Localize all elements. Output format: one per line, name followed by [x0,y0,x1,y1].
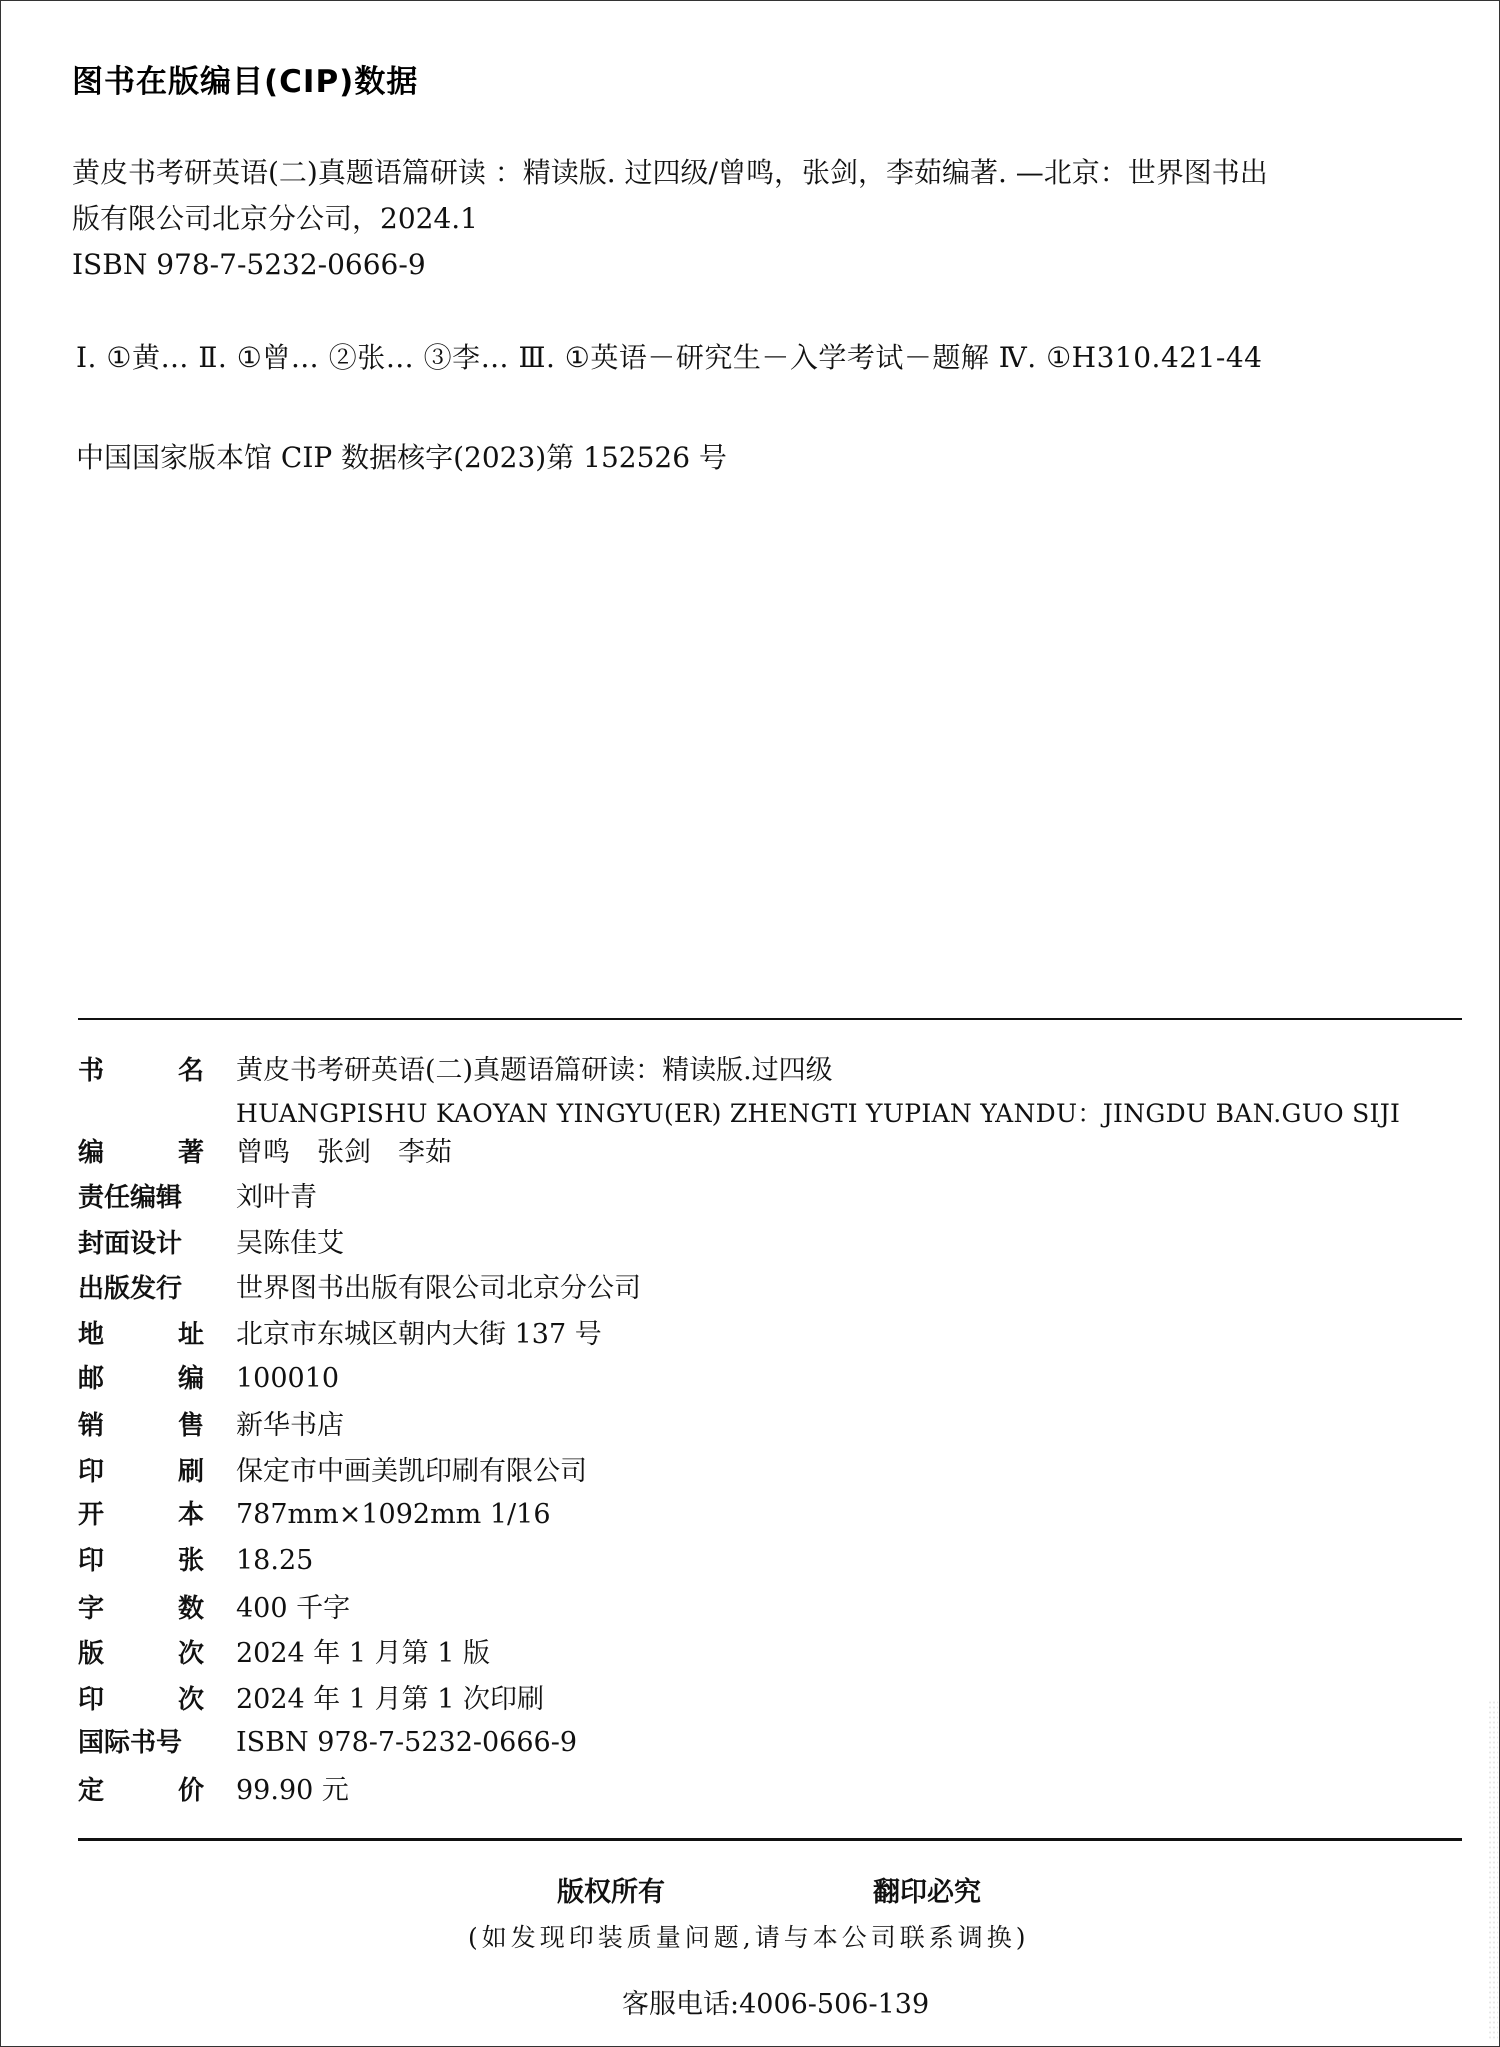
info-label-text: 数 [178,1588,204,1625]
info-row: 定价99.90 元 [78,1768,1478,1814]
info-row: 字数400 千字 [78,1586,1478,1632]
info-label-text: 地 [78,1314,104,1351]
info-row: 编著曾鸣 张剑 李茹 [78,1130,1478,1176]
info-label-text: 书 [78,1050,104,1087]
info-label-text: 址 [178,1314,204,1351]
publication-info-table: 书名黄皮书考研英语(二)真题语篇研读：精读版.过四级HUANGPISHU KAO… [78,1048,1478,1814]
info-label-text: 张 [178,1540,204,1577]
info-label-text: 本 [178,1494,204,1531]
info-label: 国际书号 [78,1722,204,1759]
info-value: ISBN 978-7-5232-0666-9 [236,1727,577,1758]
info-label-text: 次 [178,1633,204,1670]
info-value: 2024 年 1 月第 1 次印刷 [236,1677,544,1716]
info-value: 400 千字 [236,1586,350,1625]
info-label-text: 开 [78,1494,104,1531]
info-label-text: 封面设计 [78,1223,182,1260]
info-label-text: 印 [78,1451,104,1488]
info-value: 保定市中画美凯印刷有限公司 [236,1449,587,1488]
info-label-text: 价 [178,1770,204,1807]
info-label: 开本 [78,1494,204,1531]
info-label-text: 出版发行 [78,1268,182,1305]
info-label: 封面设计 [78,1223,204,1260]
piracy-warning: 翻印必究 [873,1870,981,1909]
info-label-text: 国际书号 [78,1722,182,1759]
info-label: 印次 [78,1679,204,1716]
info-label: 邮编 [78,1358,204,1395]
scan-edge-noise [1488,1700,1498,2040]
info-row: 邮编100010 [78,1358,1478,1404]
info-value: 2024 年 1 月第 1 版 [236,1631,490,1670]
info-row: 印刷保定市中画美凯印刷有限公司 [78,1449,1478,1495]
info-label: 地址 [78,1314,204,1351]
info-label-text: 名 [178,1050,204,1087]
info-label-text: 邮 [78,1358,104,1395]
info-row: 国际书号ISBN 978-7-5232-0666-9 [78,1722,1478,1768]
info-row: 印次2024 年 1 月第 1 次印刷 [78,1677,1478,1723]
info-label: 出版发行 [78,1268,204,1305]
cip-line-isbn: ISBN 978-7-5232-0666-9 [72,242,1462,288]
info-row: 书名黄皮书考研英语(二)真题语篇研读：精读版.过四级 [78,1048,1478,1094]
info-label-text: 版 [78,1633,104,1670]
info-value: 刘叶青 [236,1175,317,1214]
info-label: 销售 [78,1405,204,1442]
info-row: 封面设计吴陈佳艾 [78,1221,1478,1267]
info-value: 黄皮书考研英语(二)真题语篇研读：精读版.过四级 [236,1048,833,1087]
info-label: 印张 [78,1540,204,1577]
info-label-text: 著 [178,1132,204,1169]
info-label-text: 销 [78,1405,104,1442]
cip-record: 黄皮书考研英语(二)真题语篇研读 ：精读版. 过四级/曾鸣，张剑，李茹编著. —… [72,150,1462,288]
divider-top [78,1018,1462,1020]
divider-bottom [78,1838,1462,1841]
info-label: 字数 [78,1588,204,1625]
info-row: 开本787mm×1092mm 1/16 [78,1494,1478,1540]
info-label-text: 责任编辑 [78,1177,182,1214]
info-value: 100010 [236,1363,339,1394]
info-row: 版次2024 年 1 月第 1 版 [78,1631,1478,1677]
info-label-text: 编 [78,1132,104,1169]
info-label-text: 字 [78,1588,104,1625]
info-label: 编著 [78,1132,204,1169]
info-label: 责任编辑 [78,1177,204,1214]
cip-approval-number: 中国国家版本馆 CIP 数据核字(2023)第 152526 号 [76,436,727,476]
customer-service-hotline: 客服电话:4006-506-139 [622,1982,929,2021]
cip-classification: Ⅰ. ①黄… Ⅱ. ①曾… ②张… ③李… Ⅲ. ①英语－研究生－入学考试－题解… [76,336,1262,376]
info-row: 印张18.25 [78,1540,1478,1586]
info-row: HUANGPISHU KAOYAN YINGYU(ER) ZHENGTI YUP… [78,1094,1478,1130]
rights-reserved: 版权所有 [557,1870,665,1909]
info-label-text: 次 [178,1679,204,1716]
info-label-text: 印 [78,1540,104,1577]
cip-line: 黄皮书考研英语(二)真题语篇研读 ：精读版. 过四级/曾鸣，张剑，李茹编著. —… [72,150,1462,196]
info-value: 18.25 [236,1545,313,1576]
info-value: 新华书店 [236,1403,344,1442]
info-label-text: 定 [78,1770,104,1807]
info-value: 曾鸣 张剑 李茹 [236,1130,452,1169]
cip-line: 版有限公司北京分公司，2024.1 [72,196,1462,242]
info-label-text: 印 [78,1679,104,1716]
info-value: 吴陈佳艾 [236,1221,344,1260]
info-row: 出版发行世界图书出版有限公司北京分公司 [78,1266,1478,1312]
info-value-pinyin: HUANGPISHU KAOYAN YINGYU(ER) ZHENGTI YUP… [236,1094,1400,1130]
info-label-text: 编 [178,1358,204,1395]
info-label-text: 售 [178,1405,204,1442]
info-row: 销售新华书店 [78,1403,1478,1449]
info-label-text: 刷 [178,1451,204,1488]
info-value: 99.90 元 [236,1768,349,1807]
info-row: 地址北京市东城区朝内大街 137 号 [78,1312,1478,1358]
info-label: 定价 [78,1770,204,1807]
info-label: 版次 [78,1633,204,1670]
info-label: 书名 [78,1050,204,1087]
info-label: 印刷 [78,1451,204,1488]
info-row: 责任编辑刘叶青 [78,1175,1478,1221]
quality-notice: (如发现印装质量问题,请与本公司联系调换) [468,1918,1029,1954]
info-value: 787mm×1092mm 1/16 [236,1499,551,1530]
cip-title: 图书在版编目(CIP)数据 [72,56,418,101]
info-value: 世界图书出版有限公司北京分公司 [236,1266,641,1305]
info-value: 北京市东城区朝内大街 137 号 [236,1312,602,1351]
